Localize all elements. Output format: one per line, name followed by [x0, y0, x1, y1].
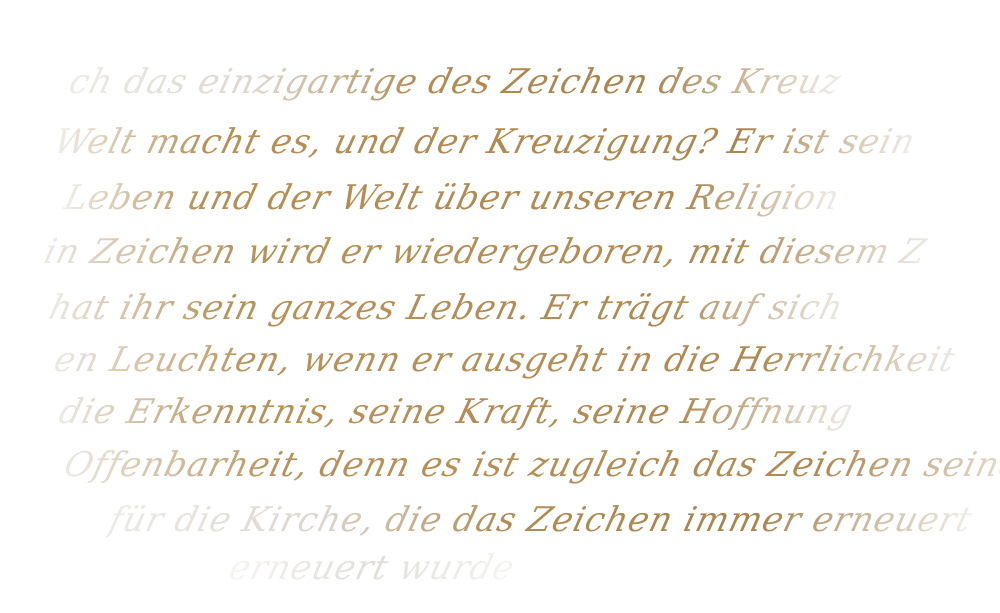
manuscript-line-4: in Zeichen wird er wiedergeboren, mit di…: [40, 232, 931, 272]
manuscript-line-6: en Leuchten, wenn er ausgeht in die Herr…: [50, 340, 960, 380]
manuscript-line-8: Offenbarheit, denn es ist zugleich das Z…: [60, 445, 1000, 485]
manuscript-line-7: die Erkenntnis, seine Kraft, seine Hoffn…: [55, 392, 858, 432]
manuscript-line-3: Leben und der Welt über unseren Religion: [60, 178, 844, 218]
manuscript-page: ch das einzigartige des Zeichen des Kreu…: [0, 0, 1000, 613]
manuscript-line-1: ch das einzigartige des Zeichen des Kreu…: [65, 62, 845, 102]
manuscript-line-9: für die Kirche, die das Zeichen immer er…: [105, 500, 976, 540]
manuscript-line-5: hat ihr sein ganzes Leben. Er trägt auf …: [45, 288, 848, 328]
manuscript-line-2: Welt macht es, und der Kreuzigung? Er is…: [50, 122, 920, 162]
manuscript-line-10: erneuert wurde: [225, 548, 519, 588]
